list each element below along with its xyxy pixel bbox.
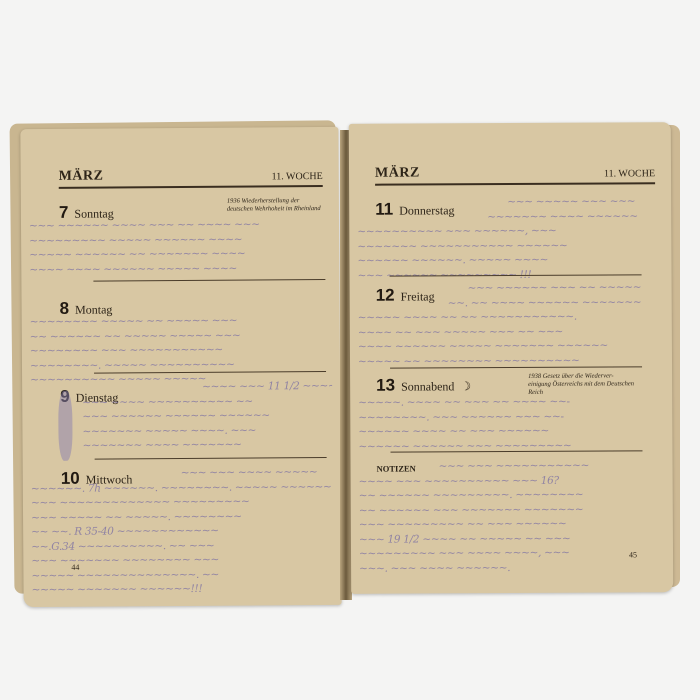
handwriting-day-8: ~~~~~~~~ ~~~~~ ~~ ~~~~~ ~~~ ~~ ~~~~~~ ~~… xyxy=(30,313,332,388)
week-label: 11. WOCHE xyxy=(272,171,323,182)
right-page: MÄRZ 11. WOCHE 11Donnerstag ~~~ ~~~~~ ~~… xyxy=(349,122,673,594)
left-page-header: MÄRZ 11. WOCHE xyxy=(59,167,323,189)
month-label: MÄRZ xyxy=(375,165,420,181)
handwriting-notizen: ~~~ ~~~ ~~~~~~~~~~~ ~~~~ ~~~ ~~~~~~~~~~ … xyxy=(359,458,666,576)
moon-phase-icon: ☽ xyxy=(460,379,471,393)
day-name: Sonnabend xyxy=(401,379,454,393)
handwriting-day-11: ~~~ ~~~~~ ~~~ ~~~ ~~~~~~~ ~~~~ ~~~~~~ ~~… xyxy=(357,194,663,283)
left-page: MÄRZ 11. WOCHE 7Sonntag 1936 Wiederherst… xyxy=(20,127,341,607)
handwriting-day-13: ~~~~~. ~~~~ ~~ ~~~ ~~ ~~~~ ~~- ~~~~~~~~.… xyxy=(358,394,664,454)
handwriting-day-12: ~~~ ~~~~~~ ~~~ ~~ ~~~~~ ~~. ~~ ~~~~ ~~~~… xyxy=(358,280,664,369)
day-divider xyxy=(95,457,327,460)
day-number: 13 xyxy=(376,376,395,395)
week-label: 11. WOCHE xyxy=(604,168,655,179)
handwriting-day-7: ~~~ ~~~~~~ ~~~~ ~~~ ~~ ~~~~ ~~~ ~~~~~~~~… xyxy=(29,217,331,277)
day-entry-13: 13Sonnabend☽ xyxy=(376,375,471,395)
page-number: 44 xyxy=(71,563,79,572)
day-divider xyxy=(93,279,325,282)
page-number: 45 xyxy=(629,550,637,559)
historical-note: 1936 Wiederherstellung der deutschen Weh… xyxy=(227,197,327,214)
handwriting-day-10: ~~~ ~~~ ~~~~ ~~~~~ ~~~~~~. 7h ~~~~~~. ~~… xyxy=(31,465,334,598)
ink-exclamation-mark xyxy=(58,391,72,461)
month-label: MÄRZ xyxy=(59,169,104,185)
right-page-header: MÄRZ 11. WOCHE xyxy=(375,164,655,185)
historical-note: 1938 Gesetz über die Wiederver-einigung … xyxy=(528,372,636,397)
handwriting-day-9: ~~~~ ~~~ 11 1/2 ~~~~~~ ~~~ ~~~~ ~~~~~~~~… xyxy=(82,379,333,453)
day-divider xyxy=(390,366,642,368)
